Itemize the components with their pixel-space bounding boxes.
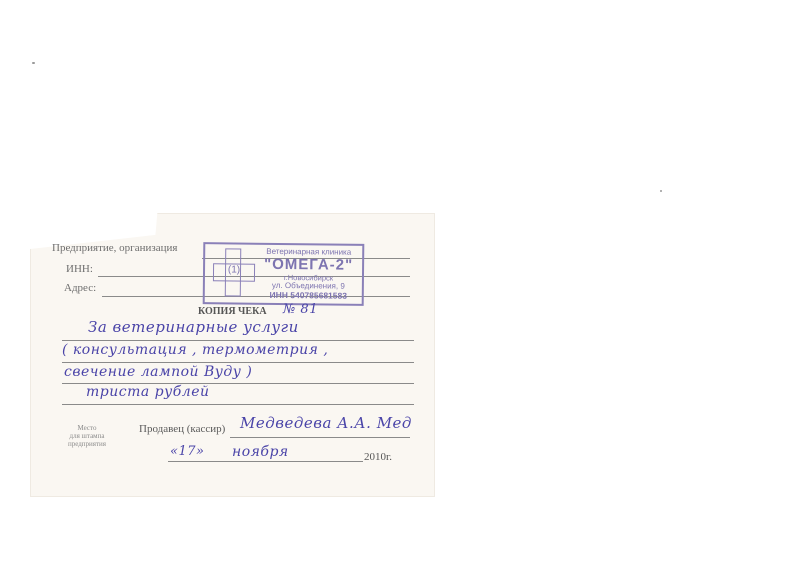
stamp-line-inn: ИНН 540785681583 <box>257 290 360 301</box>
date-line <box>168 461 363 462</box>
seller-label: Продавец (кассир) <box>139 423 225 435</box>
receipt-title: КОПИЯ ЧЕКА <box>198 306 267 317</box>
body-rule <box>62 362 414 363</box>
receipt-number: № 81 <box>283 302 318 317</box>
stamp-line-name: "ОМЕГА-2" <box>257 256 360 274</box>
seller-signature: Медведева А.А. Мед <box>240 414 412 432</box>
stamp-place-line: Место <box>62 424 112 432</box>
seller-line <box>230 437 410 438</box>
organization-label: Предприятие, организация <box>52 242 177 254</box>
stamp-number: (1) <box>226 264 242 275</box>
address-label: Адрес: <box>64 282 96 294</box>
date-month: ноября <box>232 444 289 460</box>
body-rule <box>62 340 414 341</box>
body-line-2: ( консультация , термометрия , <box>62 342 328 358</box>
body-line-3: свечение лампой Вуду ) <box>64 364 252 380</box>
scan-speck <box>660 190 662 192</box>
clinic-stamp: (1) Ветеринарная клиника "ОМЕГА-2" г.Нов… <box>203 242 365 306</box>
date-year: 2010г. <box>364 451 392 463</box>
body-rule <box>62 404 414 405</box>
medical-cross-icon: (1) <box>213 248 256 296</box>
stamp-place-line: для штампа <box>62 432 112 440</box>
body-line-1: За ветеринарные услуги <box>88 318 299 336</box>
body-line-4: триста рублей <box>86 384 210 400</box>
scan-speck <box>32 62 35 64</box>
stamp-place-line: предприятия <box>62 440 112 448</box>
inn-label: ИНН: <box>66 263 93 275</box>
date-day: «17» <box>170 444 204 459</box>
stamp-place-label: Место для штампа предприятия <box>62 424 112 448</box>
